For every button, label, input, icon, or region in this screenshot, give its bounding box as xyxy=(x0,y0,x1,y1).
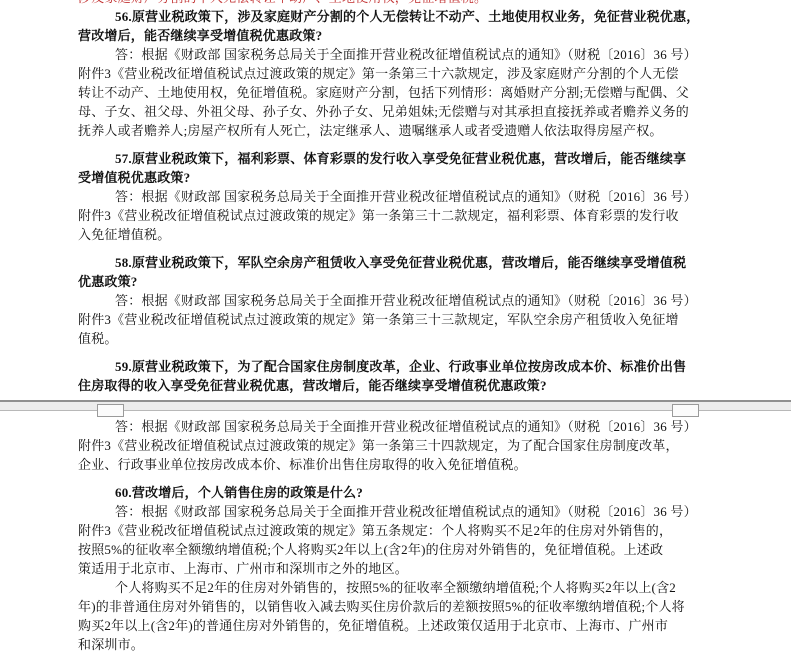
a56-line4: 母、子女、祖父母、外祖父母、孙子女、外孙子女、兄弟姐妹;无偿赠与对其承担直接抚养… xyxy=(78,102,680,121)
a57-line1: 答：根据《财政部 国家税务总局关于全面推开营业税改征增值税试点的通知》（财税〔2… xyxy=(78,187,680,206)
a60-line2: 附件3《营业税改征增值税试点过渡政策的规定》第五条规定：个人将购买不足2年的住房… xyxy=(78,521,680,540)
a56-line3: 转让不动产、土地使用权，免征增值税。家庭财产分割，包括下列情形：离婚财产分割;无… xyxy=(78,83,680,102)
a57-line2: 附件3《营业税改征增值税试点过渡政策的规定》第一条第三十二款规定，福利彩票、体育… xyxy=(78,206,680,225)
a56-line2: 附件3《营业税改征增值税试点过渡政策的规定》第一条第三十六款规定，涉及家庭财产分… xyxy=(78,64,680,83)
q58-heading-line2: 优惠政策? xyxy=(78,272,680,291)
q58-heading-line1: 58.原营业税政策下，军队空余房产租赁收入享受免征营业税优惠，营改增后，能否继续… xyxy=(78,253,680,272)
a56-line5: 抚养人或者赡养人;房屋产权所有人死亡，法定继承人、遗嘱继承人或者受遗赠人依法取得… xyxy=(78,121,680,140)
a60-line1: 答：根据《财政部 国家税务总局关于全面推开营业税改征增值税试点的通知》（财税〔2… xyxy=(78,502,680,521)
q57-heading-line1: 57.原营业税政策下，福利彩票、体育彩票的发行收入享受免征营业税优惠，营改增后，… xyxy=(78,149,680,168)
a58-line3: 值税。 xyxy=(78,329,680,348)
q56-heading-line1: 56.原营业税政策下，涉及家庭财产分割的个人无偿转让不动产、土地使用权业务，免征… xyxy=(78,7,680,26)
q57-heading-line2: 受增值税优惠政策? xyxy=(78,168,680,187)
page-break xyxy=(0,400,791,411)
page-margin-mark-right xyxy=(672,404,699,417)
a59-line2: 附件3《营业税改征增值税试点过渡政策的规定》第一条第三十四款规定，为了配合国家住… xyxy=(78,436,680,455)
clipped-red-line: 涉及家庭财产分割的个人无偿转让不动产、土地使用权，免征增值税。 xyxy=(78,0,680,7)
a60-line8: 和深圳市。 xyxy=(78,635,680,654)
a60-line5: 个人将购买不足2年的住房对外销售的，按照5%的征收率全额缴纳增值税;个人将购买2… xyxy=(78,578,680,597)
a59-line1: 答：根据《财政部 国家税务总局关于全面推开营业税改征增值税试点的通知》（财税〔2… xyxy=(78,417,680,436)
clipped-line-wrapper: 涉及家庭财产分割的个人无偿转让不动产、土地使用权，免征增值税。 xyxy=(78,0,680,7)
a59-line3: 企业、行政事业单位按房改成本价、标准价出售住房取得的收入免征增值税。 xyxy=(78,455,680,474)
q59-heading-line1: 59.原营业税政策下，为了配合国家住房制度改革，企业、行政事业单位按房改成本价、… xyxy=(78,357,680,376)
document-page[interactable]: 涉及家庭财产分割的个人无偿转让不动产、土地使用权，免征增值税。56.原营业税政策… xyxy=(0,0,680,654)
a56-line1: 答：根据《财政部 国家税务总局关于全面推开营业税改征增值税试点的通知》（财税〔2… xyxy=(78,45,680,64)
a58-line1: 答：根据《财政部 国家税务总局关于全面推开营业税改征增值税试点的通知》（财税〔2… xyxy=(78,291,680,310)
a60-line7: 购买2年以上(含2年)的普通住房对外销售的，免征增值税。上述政策仅适用于北京市、… xyxy=(78,616,680,635)
page-margin-mark-left xyxy=(97,404,124,417)
q56-heading-line2: 营改增后，能否继续享受增值税优惠政策? xyxy=(78,26,680,45)
a60-line6: 年)的非普通住房对外销售的，以销售收入减去购买住房价款后的差额按照5%的征收率缴… xyxy=(78,597,680,616)
a60-line3: 按照5%的征收率全额缴纳增值税;个人将购买2年以上(含2年)的住房对外销售的，免… xyxy=(78,540,680,559)
a60-line4: 策适用于北京市、上海市、广州市和深圳市之外的地区。 xyxy=(78,559,680,578)
a57-line3: 入免征增值税。 xyxy=(78,225,680,244)
q59-heading-line2: 住房取得的收入享受免征营业税优惠，营改增后，能否继续享受增值税优惠政策? xyxy=(78,376,680,395)
a58-line2: 附件3《营业税改征增值税试点过渡政策的规定》第一条第三十三款规定，军队空余房产租… xyxy=(78,310,680,329)
q60-heading-line1: 60.营改增后，个人销售住房的政策是什么? xyxy=(78,483,680,502)
